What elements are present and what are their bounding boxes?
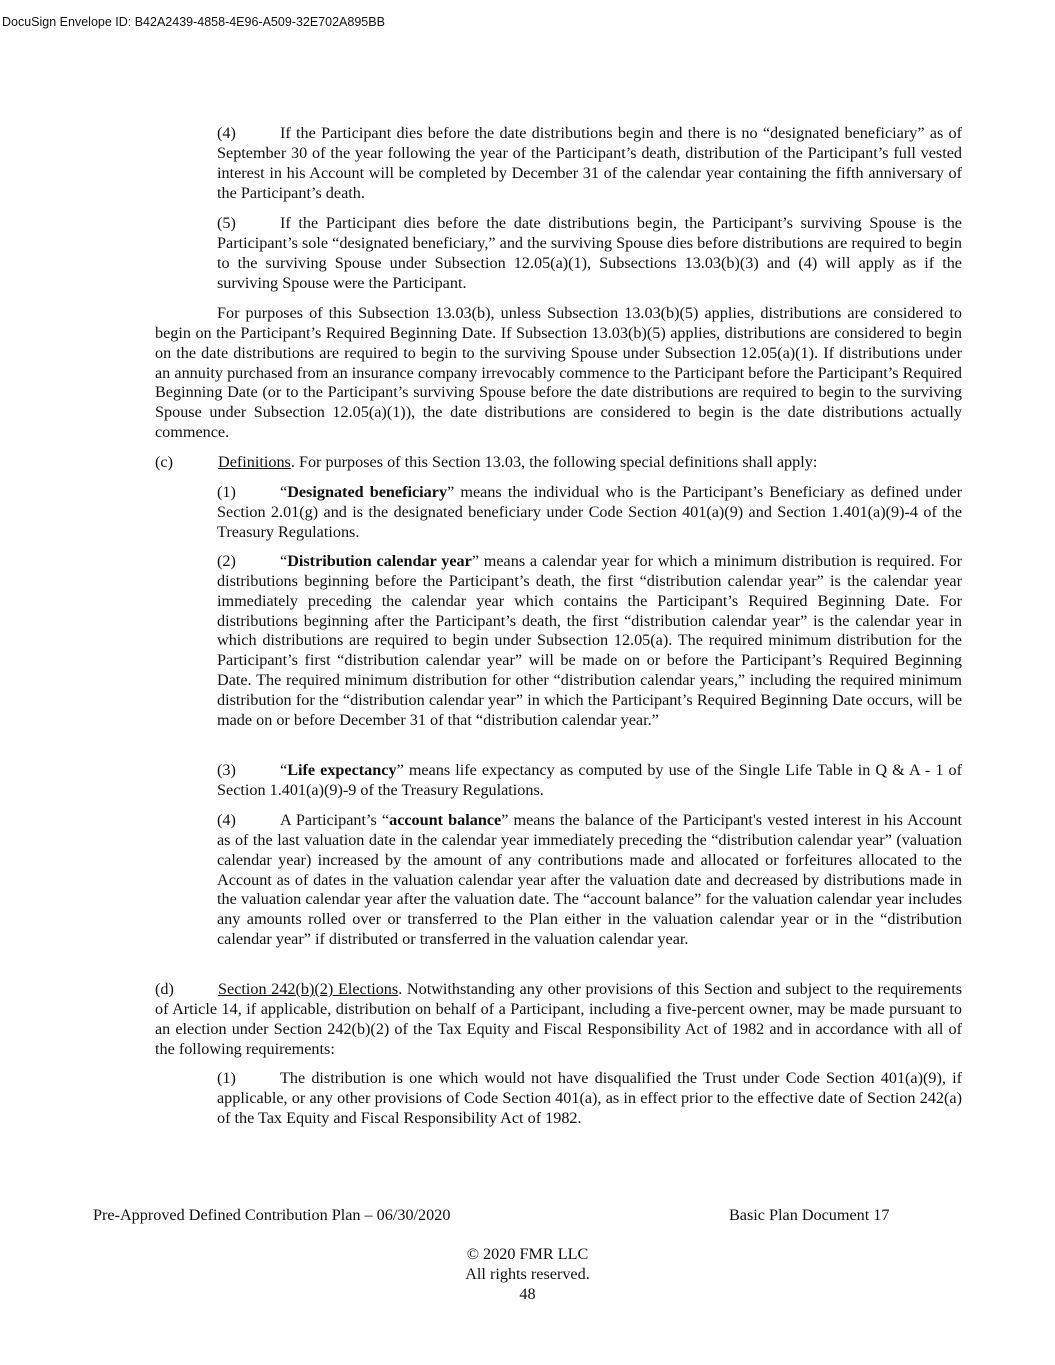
definition-distribution-calendar-year: (2)“Distribution calendar year” means a … bbox=[217, 552, 962, 731]
subsection-b-purposes-paragraph: For purposes of this Subsection 13.03(b)… bbox=[155, 304, 962, 443]
defined-term: Life expectancy bbox=[287, 761, 396, 779]
item-number: (4) bbox=[217, 124, 280, 144]
item-number: (2) bbox=[217, 552, 280, 572]
section-d-elections: (d)Section 242(b)(2) Elections. Notwiths… bbox=[155, 980, 962, 1059]
defined-term: account balance bbox=[389, 811, 501, 829]
section-intro-text: . For purposes of this Section 13.03, th… bbox=[291, 453, 817, 471]
definition-text: ” means the balance of the Participant's… bbox=[217, 811, 962, 948]
defined-term: Designated beneficiary bbox=[287, 483, 447, 501]
definition-account-balance: (4)A Participant’s “account balance” mea… bbox=[217, 811, 962, 950]
section-c-definitions: (c)Definitions. For purposes of this Sec… bbox=[155, 453, 962, 473]
footer-document-name: Basic Plan Document 17 bbox=[729, 1206, 890, 1226]
definition-designated-beneficiary: (1)“Designated beneficiary” means the in… bbox=[217, 483, 962, 543]
subsection-b5: (5)If the Participant dies before the da… bbox=[217, 214, 962, 293]
rights-line: All rights reserved. bbox=[0, 1265, 1055, 1285]
section-heading: Section 242(b)(2) Elections bbox=[218, 980, 398, 998]
section-heading: Definitions bbox=[218, 453, 291, 471]
section-number: (d) bbox=[155, 980, 218, 1000]
section-number: (c) bbox=[155, 453, 218, 473]
item-text: If the Participant dies before the date … bbox=[217, 124, 962, 202]
copyright-line: © 2020 FMR LLC bbox=[0, 1245, 1055, 1265]
footer-plan-title: Pre-Approved Defined Contribution Plan –… bbox=[93, 1206, 450, 1226]
definition-life-expectancy: (3)“Life expectancy” means life expectan… bbox=[217, 761, 962, 801]
item-number: (1) bbox=[217, 1069, 280, 1089]
footer-copyright-block: © 2020 FMR LLC All rights reserved. 48 bbox=[0, 1245, 1055, 1305]
page-number: 48 bbox=[0, 1285, 1055, 1305]
item-number: (5) bbox=[217, 214, 280, 234]
defined-term: Distribution calendar year bbox=[287, 552, 472, 570]
item-number: (1) bbox=[217, 483, 280, 503]
subsection-b4: (4)If the Participant dies before the da… bbox=[217, 124, 962, 203]
section-d-requirement-1: (1)The distribution is one which would n… bbox=[217, 1069, 962, 1129]
item-text: The distribution is one which would not … bbox=[217, 1069, 962, 1127]
item-number: (4) bbox=[217, 811, 280, 831]
docusign-envelope-id: DocuSign Envelope ID: B42A2439-4858-4E96… bbox=[2, 15, 385, 29]
item-text: If the Participant dies before the date … bbox=[217, 214, 962, 292]
item-number: (3) bbox=[217, 761, 280, 781]
definition-text: ” means a calendar year for which a mini… bbox=[217, 552, 962, 729]
quote: A Participant’s “ bbox=[280, 811, 389, 829]
